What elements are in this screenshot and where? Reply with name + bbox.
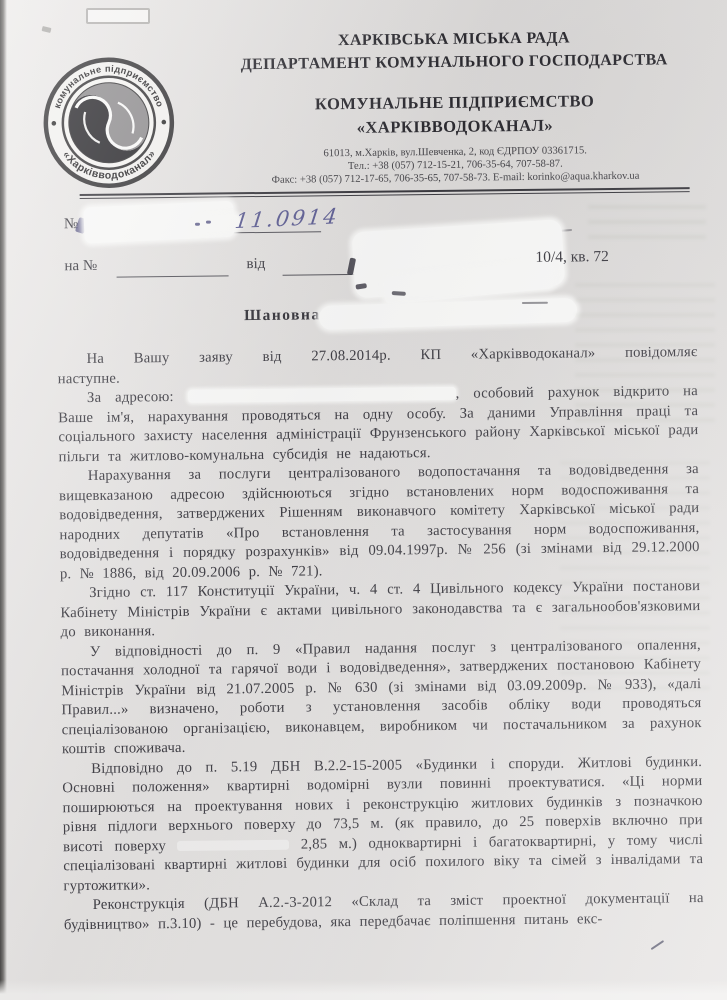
reply-date-label: від — [246, 256, 265, 273]
paragraph-text: На Вашу заяву від 27.08.2014р. КП «Харкі… — [58, 344, 698, 387]
sticker-artifact — [86, 8, 150, 24]
paragraph-reconstruction: Реконструкція (ДБН А.2.-3-2012 «Склад та… — [64, 889, 704, 935]
paragraph-text: Згідно ст. 117 Конституції України, ч. 4… — [60, 578, 700, 640]
scan-edge-shadow — [0, 0, 7, 1000]
paragraph-text: За адресою: — [87, 389, 174, 406]
reply-number-label: на № — [64, 258, 97, 275]
ink-mark — [195, 223, 200, 226]
paragraph-constitution: Згідно ст. 117 Конституції України, ч. 4… — [60, 577, 701, 643]
scanned-letter: комунальне підприємство «Харківводоканал… — [0, 0, 727, 1000]
letterhead-contacts: 61013, м.Харків, вул.Шевченка, 2, код ЄД… — [215, 143, 695, 188]
reply-number-line — [117, 275, 229, 277]
paragraph-text: Нарахування за послуги централізованого … — [59, 461, 700, 582]
paragraph-text: У відповідності до п. 9 «Правил надання … — [61, 637, 702, 758]
whiteout-inline-gap — [177, 839, 289, 850]
salutation: Шановна — [244, 306, 321, 325]
ink-mark — [392, 291, 406, 296]
whiteout-inline-address — [188, 387, 456, 403]
paragraph-rules: У відповідності до п. 9 «Правил надання … — [61, 636, 702, 760]
paragraph-text: Реконструкція (ДБН А.2.-3-2012 «Склад та… — [64, 890, 704, 933]
letterhead-enterprise: КОМУНАЛЬНЕ ПІДПРИЄМСТВО «ХАРКІВВОДОКАНАЛ… — [215, 88, 696, 141]
logo-emblem-icon: комунальне підприємство «Харківводоканал… — [36, 52, 182, 194]
letterhead-organization: ХАРКІВСЬКА МІСЬКА РАДА ДЕПАРТАМЕНТ КОМУН… — [214, 26, 694, 77]
paragraph-norms: Нарахування за послуги централізованого … — [59, 460, 700, 584]
scan-bottom-band — [0, 980, 727, 1000]
paragraph-account: За адресою: , особовий рахунок відкрито … — [58, 382, 699, 467]
handwritten-date: 11.0914 — [233, 204, 340, 233]
department-line: ДЕПАРТАМЕНТ КОМУНАЛЬНОГО ГОСПОДАРСТВА — [214, 49, 694, 77]
paper-sheet: комунальне підприємство «Харківводоканал… — [0, 0, 727, 1000]
addressee-address-fragment: 10/4, кв. 72 — [535, 248, 609, 267]
enterprise-name-line: «ХАРКІВВОДОКАНАЛ» — [215, 112, 695, 141]
letter-body: На Вашу заяву від 27.08.2014р. КП «Харкі… — [57, 343, 704, 935]
kharkivvodokanal-logo: комунальне підприємство «Харківводоканал… — [36, 52, 182, 194]
paragraph-dbn: Відповідно до п. 5.19 ДБН В.2.2-15-2005 … — [62, 753, 704, 897]
ink-mark — [206, 221, 211, 224]
